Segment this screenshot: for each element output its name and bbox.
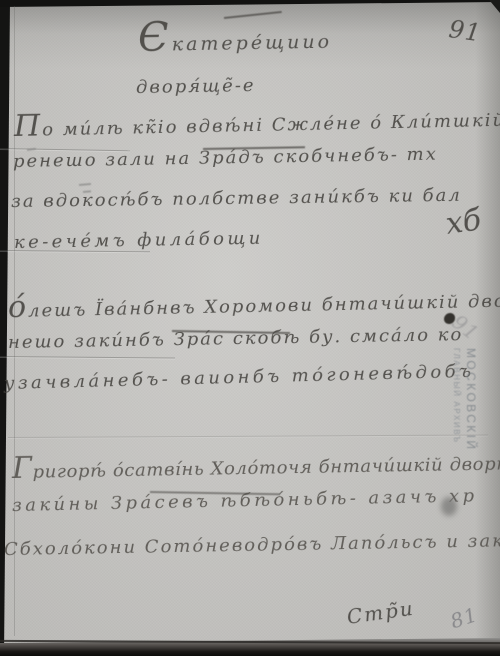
- catchword: Стр̃и: [345, 597, 415, 628]
- text-line: ке-ече́мъ фила́бощи: [14, 229, 264, 253]
- photo-edge-top: [0, 0, 500, 7]
- text-line: нешо заки́нбъ Зра́с скобѣ бу. смса́ло ко: [8, 325, 464, 353]
- stamp-line-2: ГЛАВНЫЙ АРХИВЪ: [452, 348, 461, 452]
- page-title: Єкатере́щиио: [138, 13, 333, 60]
- stamp-line-1: МОСКОВСКІЙ: [464, 348, 478, 452]
- archive-stamp: МОСКОВСКІЙ ГЛАВНЫЙ АРХИВЪ: [452, 348, 478, 452]
- margin-numeral-mark: хб: [444, 203, 483, 241]
- pencil-dash: [79, 183, 91, 186]
- text-line: Сбхоло́кони Сото́неводро́въ Лапо́льсъ и …: [4, 530, 500, 559]
- page-subtitle: дворя́ще̃-е: [136, 76, 256, 98]
- text-line: узачвла́небъ- ваионбъ то́гоневѣ́добъ: [4, 362, 475, 394]
- text-line: заки́ны Зра́севъ ѣбѣо́ньбѣ- азачъ хр: [12, 486, 478, 516]
- text-line: По ми́лѣ кк̃іо вдвѣ́ні Сжле́не о́ Кли́тш…: [14, 99, 500, 143]
- crease-line: [0, 356, 175, 359]
- manuscript-photo: Єкатере́щиио дворя́ще̃-е По ми́лѣ кк̃іо …: [0, 0, 500, 656]
- text-line: о́лешъ Їва́нбнвъ Хоромови бнтачи́шкій дв…: [8, 280, 500, 324]
- smudge: [441, 497, 457, 516]
- folio-number-top: 91: [447, 16, 483, 47]
- crease-line: [8, 434, 488, 438]
- text-line: Григорѣ́ о́сатві́нь Холо́точя бнтачи́шкі…: [12, 442, 500, 485]
- folio-number-bottom: 81: [448, 603, 481, 632]
- text-line: за вдокосѣ́бъ полбстве зани́кбъ ки бал: [11, 186, 462, 212]
